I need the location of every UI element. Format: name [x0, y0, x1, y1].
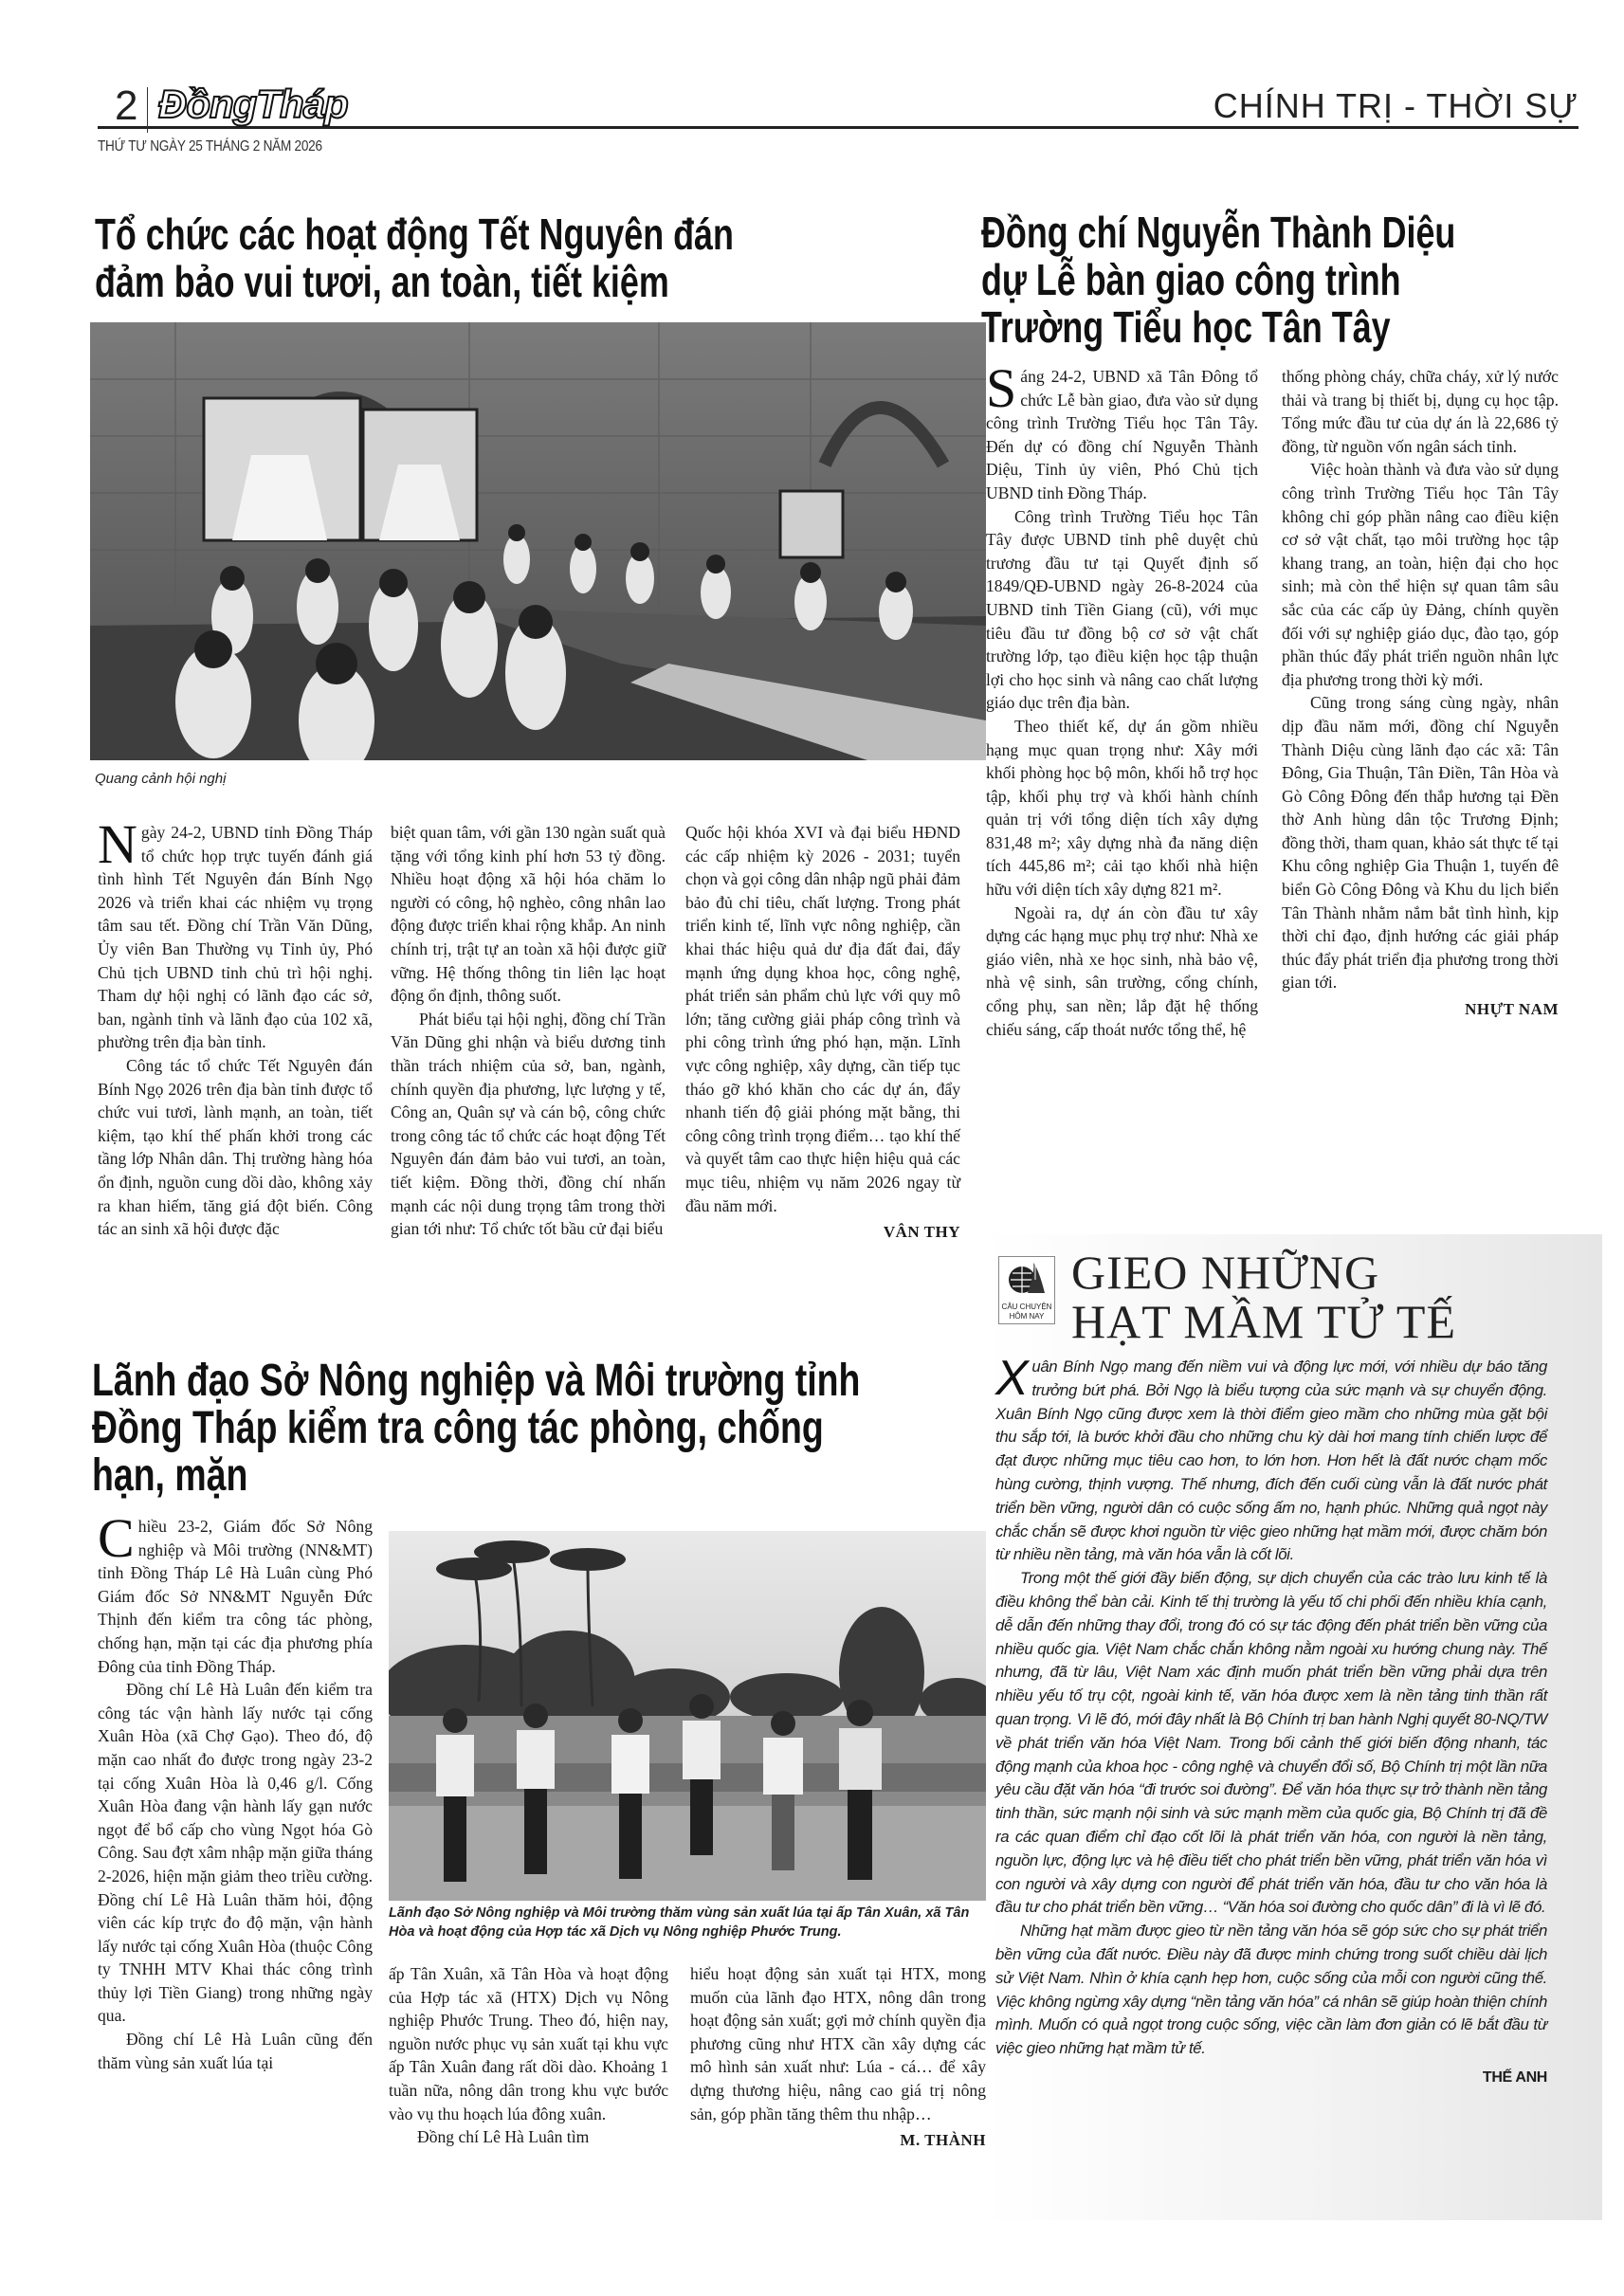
paragraph: Quốc hội khóa XVI và đại biểu HĐND các c…: [685, 821, 960, 1217]
headline-line: Lãnh đạo Sở Nông nghiệp và Môi trường tỉ…: [92, 1358, 1009, 1405]
paragraph: Đồng chí Lê Hà Luân đến kiểm tra công tá…: [98, 1678, 373, 2028]
paragraph: Phát biểu tại hội nghị, đồng chí Trần Vă…: [391, 1008, 666, 1241]
article1-headline[interactable]: Tổ chức các hoạt động Tết Nguyên đán đảm…: [95, 210, 982, 305]
paragraph: Theo thiết kế, dự án gồm nhiều hạng mục …: [986, 715, 1258, 902]
headline-line: Đồng chí Nguyễn Thành Diệu: [981, 209, 1610, 256]
drop-cap: N: [98, 823, 137, 866]
conference-room-image: [90, 322, 986, 760]
paragraph: Công trình Trường Tiểu học Tân Tây được …: [986, 505, 1258, 715]
paragraph: hiểu hoạt động sản xuất tại HTX, mong mu…: [690, 1962, 986, 2125]
title-line: GIEO NHỮNG: [1071, 1248, 1456, 1297]
opinion-title[interactable]: GIEO NHỮNG HẠT MẦM TỬ TẾ: [1071, 1248, 1456, 1346]
paragraph: Xuân Bính Ngọ mang đến niềm vui và động …: [995, 1356, 1547, 1567]
paragraph: Cũng trong sáng cùng ngày, nhân dịp đầu …: [1282, 691, 1559, 994]
globe-pen-icon: [1007, 1261, 1047, 1297]
masthead: 2 ĐồngTháp CHÍNH TRỊ - THỜI SỰ: [98, 83, 1578, 129]
article2-column-2: thống phòng cháy, chữa cháy, xử lý nước …: [1282, 365, 1559, 1022]
paragraph: Chiều 23-2, Giám đốc Sở Nông nghiệp và M…: [98, 1515, 373, 1678]
article2-headline[interactable]: Đồng chí Nguyễn Thành Diệu dự Lễ bàn gia…: [981, 209, 1610, 351]
headline-line: hạn, mặn: [92, 1452, 1009, 1500]
drop-cap: S: [986, 367, 1016, 410]
conference-photo: [90, 322, 986, 760]
article3-column-2: ấp Tân Xuân, xã Tân Hòa và hoạt động của…: [389, 1962, 668, 2149]
article3-headline[interactable]: Lãnh đạo Sở Nông nghiệp và Môi trường tỉ…: [92, 1358, 1009, 1500]
paragraph: Ngoài ra, dự án còn đầu tư xây dựng các …: [986, 902, 1258, 1042]
photo-caption: Lãnh đạo Sở Nông nghiệp và Môi trường th…: [389, 1904, 995, 1941]
issue-date: THỨ TƯ NGÀY 25 THÁNG 2 NĂM 2026: [98, 138, 322, 155]
opinion-body: Xuân Bính Ngọ mang đến niềm vui và động …: [995, 1356, 1547, 2090]
column-logo: CÂU CHUYỆN HÔM NAY: [998, 1256, 1055, 1324]
title-line: HẠT MẦM TỬ TẾ: [1071, 1297, 1456, 1346]
article2-column-1: Sáng 24-2, UBND xã Tân Đông tổ chức Lễ b…: [986, 365, 1258, 1041]
paragraph: Những hạt mầm được gieo từ nền tảng văn …: [995, 1920, 1547, 2061]
column-logo-label: HÔM NAY: [999, 1312, 1054, 1321]
author-byline: THẾ ANH: [995, 2067, 1547, 2090]
field-visit-photo: [389, 1531, 986, 1901]
article1-column-1: Ngày 24-2, UBND tỉnh Đồng Tháp tổ chức h…: [98, 821, 373, 1241]
paragraph: thống phòng cháy, chữa cháy, xử lý nước …: [1282, 365, 1559, 458]
headline-line: Đồng Tháp kiểm tra công tác phòng, chống: [92, 1405, 1009, 1452]
masthead-divider: [147, 87, 148, 133]
paragraph: Việc hoàn thành và đưa vào sử dụng công …: [1282, 458, 1559, 691]
headline-line: dự Lễ bàn giao công trình: [981, 256, 1610, 303]
paragraph: Sáng 24-2, UBND xã Tân Đông tổ chức Lễ b…: [986, 365, 1258, 505]
section-title: CHÍNH TRỊ - THỜI SỰ: [1213, 83, 1578, 129]
paragraph: Đồng chí Lê Hà Luân cũng đến thăm vùng s…: [98, 2028, 373, 2074]
drop-cap: C: [98, 1517, 135, 1560]
rice-field-image: [389, 1531, 986, 1901]
column-logo-label: CÂU CHUYỆN: [999, 1303, 1054, 1312]
paragraph: Đồng chí Lê Hà Luân tìm: [389, 2125, 668, 2149]
page-number: 2: [115, 83, 137, 129]
headline-line: Trường Tiểu học Tân Tây: [981, 303, 1610, 351]
photo-caption: Quang cảnh hội nghị: [95, 770, 226, 789]
article1-column-2: biệt quan tâm, với gần 130 ngàn suất quà…: [391, 821, 666, 1241]
newspaper-logo[interactable]: ĐồngTháp: [158, 80, 348, 129]
author-byline: M. THÀNH: [690, 2129, 986, 2153]
headline-line: Tổ chức các hoạt động Tết Nguyên đán: [95, 210, 982, 258]
article1-column-3: Quốc hội khóa XVI và đại biểu HĐND các c…: [685, 821, 960, 1245]
paragraph: biệt quan tâm, với gần 130 ngàn suất quà…: [391, 821, 666, 1008]
paragraph: Công tác tổ chức Tết Nguyên đán Bính Ngọ…: [98, 1054, 373, 1241]
author-byline: VÂN THY: [685, 1221, 960, 1245]
headline-line: đảm bảo vui tươi, an toàn, tiết kiệm: [95, 258, 982, 305]
author-byline: NHỰT NAM: [1282, 998, 1559, 1022]
paragraph: Trong một thế giới đầy biến động, sự dịc…: [995, 1567, 1547, 1920]
article3-column-3: hiểu hoạt động sản xuất tại HTX, mong mu…: [690, 1962, 986, 2153]
paragraph: ấp Tân Xuân, xã Tân Hòa và hoạt động của…: [389, 1962, 668, 2125]
article3-column-1: Chiều 23-2, Giám đốc Sở Nông nghiệp và M…: [98, 1515, 373, 2074]
paragraph: Ngày 24-2, UBND tỉnh Đồng Tháp tổ chức h…: [98, 821, 373, 1054]
